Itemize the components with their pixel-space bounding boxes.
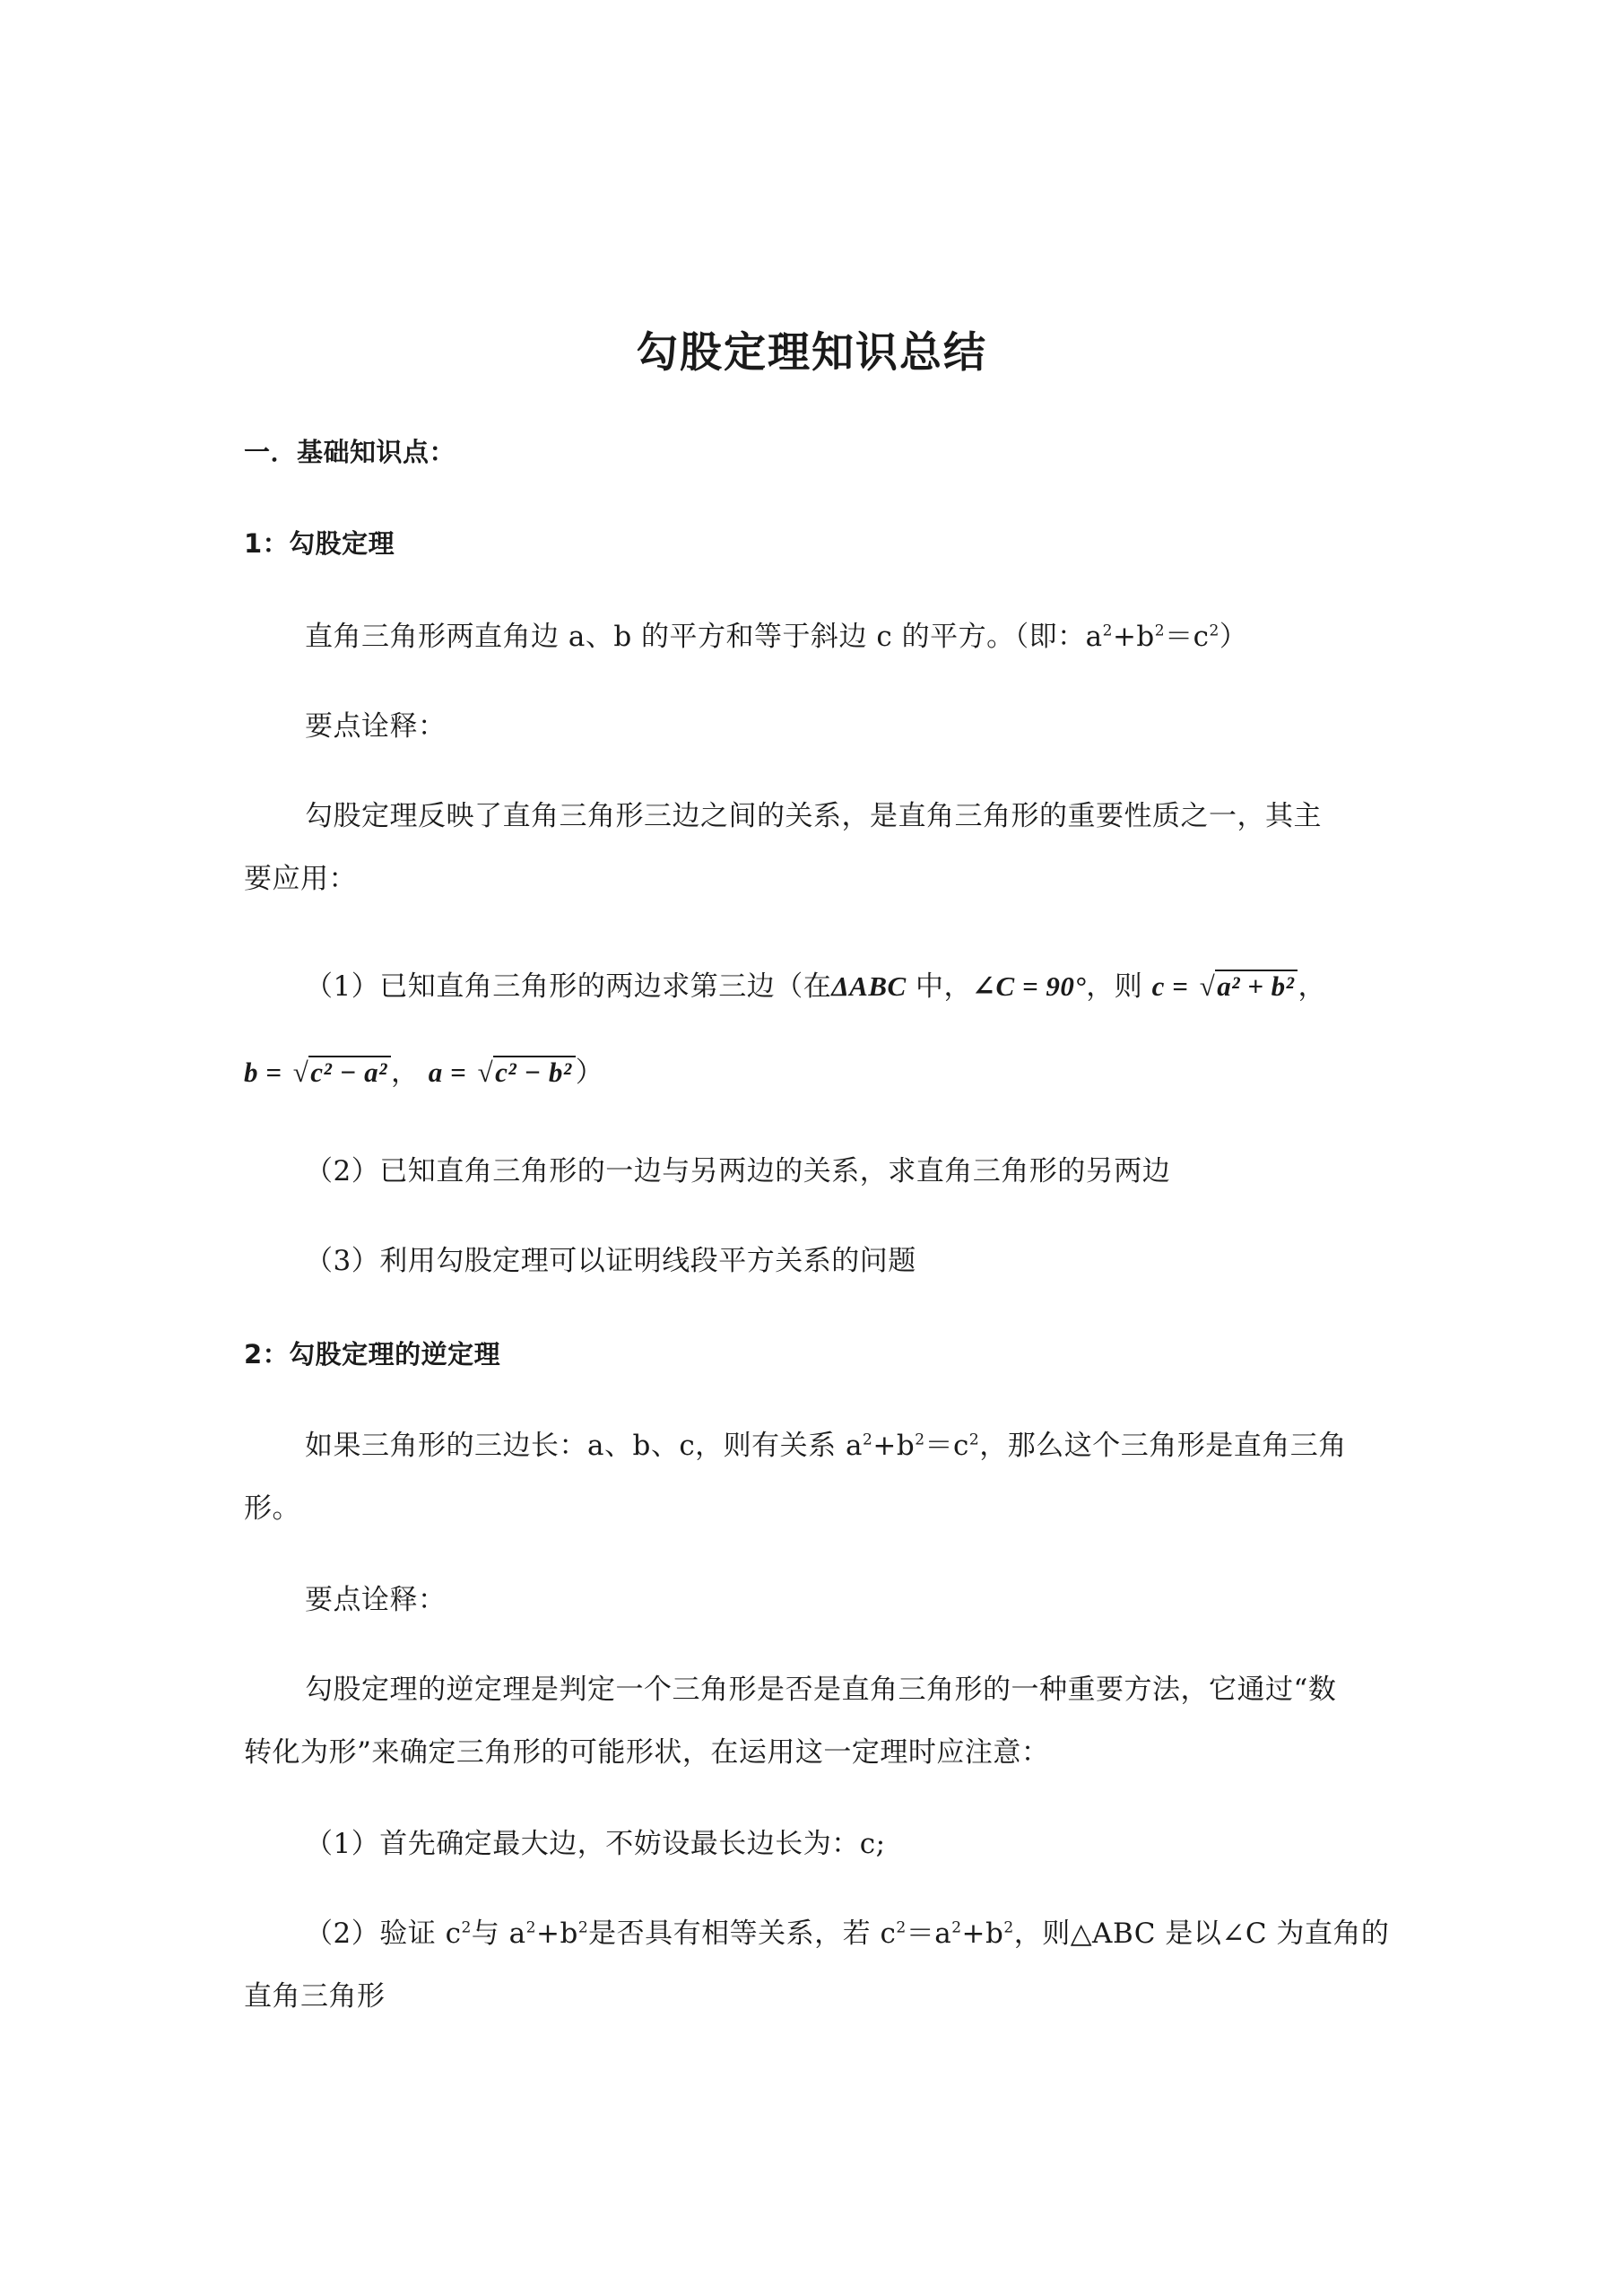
theorem-definition: 直角三角形两直角边 a、b 的平方和等于斜边 c 的平方。（即：a2+b2＝c2… (305, 619, 1247, 655)
converse-note-item-2-line2: 直角三角形 (244, 1979, 386, 2014)
application-item-1-line2: b = √c² − a²， a = √c² − b²） (244, 1055, 603, 1091)
key-points-paragraph-line1: 勾股定理反映了直角三角形三边之间的关系，是直角三角形的重要性质之一，其主 (305, 798, 1322, 834)
key-points-paragraph-line2: 要应用： (244, 861, 357, 897)
key-points-2-paragraph-line1: 勾股定理的逆定理是判定一个三角形是否是直角三角形的一种重要方法，它通过“数 (305, 1672, 1336, 1708)
application-item-1-line1: （1）已知直角三角形的两边求第三边（在ΔABC 中，∠C = 90°，则 c =… (305, 969, 1326, 1004)
document-page: 勾股定理知识总结 一．基础知识点： 1：勾股定理 直角三角形两直角边 a、b 的… (0, 0, 1623, 2296)
key-points-label-2: 要点诠释： (305, 1582, 447, 1618)
converse-definition-line1: 如果三角形的三边长：a、b、c，则有关系 a2+b2＝c2，那么这个三角形是直角… (305, 1428, 1347, 1464)
angle-c-formula: ∠C = 90° (972, 970, 1086, 1002)
triangle-abc: ΔABC (831, 970, 906, 1002)
theorem-definition-text: 直角三角形两直角边 a、b 的平方和等于斜边 c 的平方。（即： (305, 621, 1086, 653)
document-title: 勾股定理知识总结 (0, 326, 1623, 380)
converse-note-item-1: （1）首先确定最大边，不妨设最长边长为：c; (305, 1826, 886, 1862)
sqrt-formula-a: √c² − b² (476, 1055, 576, 1091)
subsection-heading-pythagorean-theorem: 1：勾股定理 (244, 526, 395, 561)
converse-note-item-2-line1: （2）验证 c2与 a2+b2是否具有相等关系，若 c2＝a2+b2，则△ABC… (305, 1916, 1389, 1952)
subsection-heading-converse-theorem: 2：勾股定理的逆定理 (244, 1336, 500, 1372)
converse-definition-line2: 形。 (244, 1491, 300, 1526)
sqrt-formula-b: √c² − a² (291, 1055, 391, 1091)
application-item-2: （2）已知直角三角形的一边与另两边的关系，求直角三角形的另两边 (305, 1153, 1170, 1189)
application-item-3: （3）利用勾股定理可以证明线段平方关系的问题 (305, 1243, 916, 1279)
sqrt-formula-c: √a² + b² (1198, 969, 1298, 1004)
section-heading-basics: 一．基础知识点： (244, 434, 456, 470)
key-points-label: 要点诠释： (305, 709, 447, 744)
key-points-2-paragraph-line2: 转化为形”来确定三角形的可能形状，在运用这一定理时应注意： (244, 1735, 1049, 1770)
